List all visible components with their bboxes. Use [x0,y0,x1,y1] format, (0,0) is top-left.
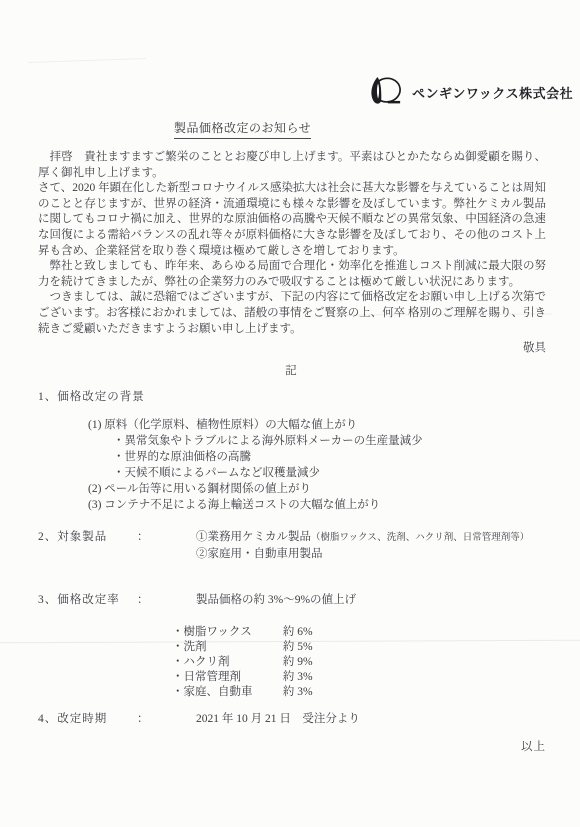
rate-row: ・ハクリ剤 約 9% [172,653,313,669]
section1-bullet: ・世界的な原油価格の高騰 [113,448,251,464]
section3-row: 3、価格改定率 ： 製品価格の約 3%～9%の値上げ [0,591,580,607]
rate-value: 約 3% [283,686,313,698]
rate-value: 約 9% [283,656,313,668]
letter-body: 拝啓 貴社ますますご繁栄のこととお慶び申し上げます。平素はひとかたならぬ御愛顧を… [38,150,546,337]
section1-heading: 1、価格改定の背景 [38,388,145,404]
rate-row: ・日常管理剤 約 3% [172,668,313,684]
request-paragraph: つきましては、誠に恐縮ではございますが、下記の内容にて価格改定をお願い申し上げる… [38,290,546,337]
section2-line1: ①業務用ケミカル製品（樹脂ワックス、洗剤、ハクリ剤、日常管理剤等） [196,528,529,544]
section2-line2: ②家庭用・自動車用製品 [196,545,323,561]
section4-row: 4、改定時期 ： 2021 年 10 月 21 日 受注分より [0,710,580,726]
section1-item1: (1) 原料（化学原料、植物性原料）の大幅な値上がり [88,416,357,432]
rate-row: ・樹脂ワックス 約 6% [172,623,313,639]
section2-row: 2、対象製品 ： ①業務用ケミカル製品（樹脂ワックス、洗剤、ハクリ剤、日常管理剤… [0,528,580,544]
section1-item2: (2) ペール缶等に用いる鋼材関係の値上がり [88,480,311,496]
rate-value: 約 3% [283,671,313,683]
penguin-logo-icon [366,76,406,108]
section1-bullet: ・異常気象やトラブルによる海外原料メーカーの生産量減少 [113,432,423,448]
rate-value: 約 6% [283,626,313,638]
rate-label: ・樹脂ワックス [172,623,280,639]
section2-line1-main: ①業務用ケミカル製品 [196,531,311,543]
section3-heading: 3、価格改定率 [38,591,120,607]
rate-label: ・ハクリ剤 [172,653,280,669]
greeting-paragraph: 拝啓 貴社ますますご繁栄のこととお慶び申し上げます。平素はひとかたならぬ御愛顧を… [38,150,546,181]
rate-label: ・洗剤 [172,638,280,654]
paper-crease [28,58,146,63]
scanned-letter-page: ペンギンワックス株式会社 製品価格改定のお知らせ 拝啓 貴社ますますご繁栄のこと… [0,0,580,827]
rate-value: 約 5% [283,641,313,653]
company-name: ペンギンワックス株式会社 [412,83,573,102]
rate-row: ・洗剤 約 5% [172,638,313,654]
effort-paragraph: 弊社と致しましても、昨年来、あらゆる局面で合理化・効率化を推進しコスト削減に最大… [38,259,546,290]
end-mark: 以上 [38,738,546,754]
section2-colon: ： [137,528,149,544]
rate-label: ・日常管理剤 [172,668,280,684]
document-title: 製品価格改定のお知らせ [174,119,311,139]
section1-item3: (3) コンテナ不足による海上輸送コストの大幅な値上がり [88,496,380,512]
rate-row: ・家庭、自動車 約 3% [172,683,313,699]
section1-bullet: ・天候不順によるパームなど収穫量減少 [113,464,320,480]
closing-salutation: 敬具 [38,339,546,355]
letterhead: ペンギンワックス株式会社 [366,76,573,108]
section4-colon: ： [137,710,149,726]
section4-heading: 4、改定時期 [38,710,107,726]
section3-colon: ： [137,591,149,607]
section2-heading: 2、対象製品 [38,528,107,544]
section2-line1-note: （樹脂ワックス、洗剤、ハクリ剤、日常管理剤等） [311,533,529,543]
background-paragraph: さて、2020 年顕在化した新型コロナウイルス感染拡大は社会に甚大な影響を与えて… [38,181,546,259]
section4-value: 2021 年 10 月 21 日 受注分より [196,710,360,726]
record-mark: 記 [38,362,546,378]
section3-summary: 製品価格の約 3%～9%の値上げ [196,591,356,607]
rate-label: ・家庭、自動車 [172,683,280,699]
